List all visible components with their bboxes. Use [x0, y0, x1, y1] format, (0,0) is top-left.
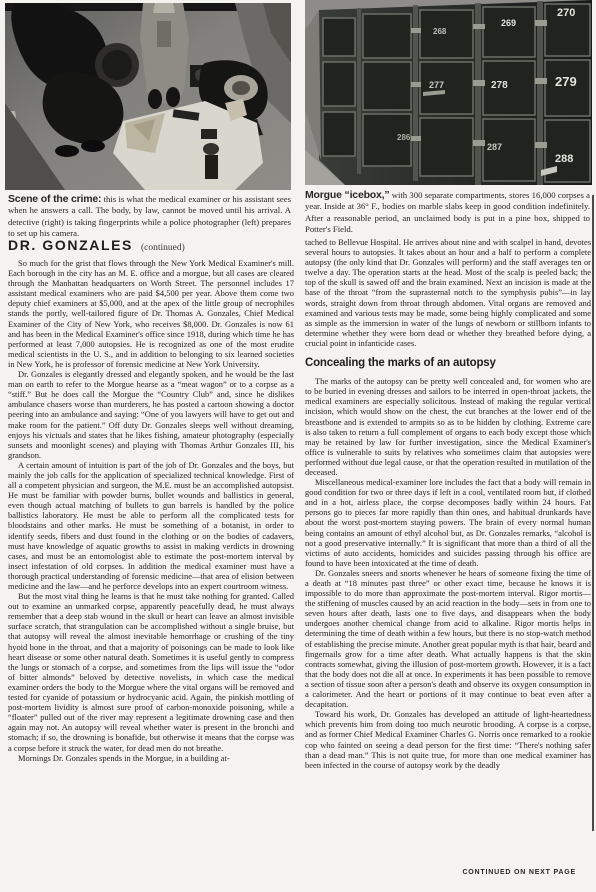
- crime-scene-photo: [5, 3, 291, 190]
- morgue-caption: Morgue “icebox,” with 300 separate compa…: [305, 190, 590, 236]
- morgue-icebox-photo: 270 269 268 277 278 279 286 287 288: [305, 0, 592, 185]
- page-edge-rule: [592, 195, 594, 831]
- paragraph: Dr. Gonzales is elegantly dressed and el…: [8, 369, 294, 460]
- morgue-illustration: 270 269 268 277 278 279 286 287 288: [305, 0, 592, 185]
- article-left-column: So much for the grist that flows through…: [8, 258, 294, 857]
- crime-scene-illustration: [5, 3, 291, 190]
- crime-scene-caption: Scene of the crime: this is what the med…: [8, 194, 291, 240]
- compartment-number: 286: [397, 133, 411, 142]
- article-heading-row: DR. GONZALES (continued): [8, 237, 185, 255]
- compartment-number: 278: [491, 80, 508, 91]
- continued-next-page-label: CONTINUED ON NEXT PAGE: [305, 869, 576, 876]
- section-subheading: Concealing the marks of an autopsy: [305, 358, 591, 368]
- compartment-number: 277: [429, 80, 444, 90]
- paragraph: Miscellaneous medical-examiner lore incl…: [305, 477, 591, 568]
- paragraph: tached to Bellevue Hospital. He arrives …: [305, 237, 591, 348]
- paragraph: Toward his work, Dr. Gonzales has develo…: [305, 709, 591, 770]
- compartment-number: 268: [433, 27, 447, 36]
- article-title: DR. GONZALES: [8, 237, 133, 253]
- paragraph: So much for the grist that flows through…: [8, 258, 294, 369]
- paragraph: The marks of the autopsy can be pretty w…: [305, 376, 591, 477]
- article-title-continued: (continued): [141, 243, 185, 253]
- compartment-number: 279: [555, 74, 577, 89]
- paragraph: But the most vital thing he learns is th…: [8, 591, 294, 753]
- compartment-number: 270: [557, 7, 575, 19]
- compartment-number: 287: [487, 142, 502, 152]
- paragraph: Mornings Dr. Gonzales spends in the Morg…: [8, 753, 294, 763]
- paragraph: Dr. Gonzales sneers and snorts whenever …: [305, 568, 591, 709]
- morgue-caption-lead: Morgue “icebox,”: [305, 189, 389, 201]
- article-right-column: tached to Bellevue Hospital. He arrives …: [305, 237, 591, 861]
- compartment-number: 288: [555, 153, 573, 165]
- paragraph: A certain amount of intuition is part of…: [8, 460, 294, 591]
- crime-scene-caption-lead: Scene of the crime:: [8, 193, 101, 205]
- magazine-page: 270 269 268 277 278 279 286 287 288 Scen…: [0, 0, 596, 892]
- compartment-number: 269: [501, 18, 516, 28]
